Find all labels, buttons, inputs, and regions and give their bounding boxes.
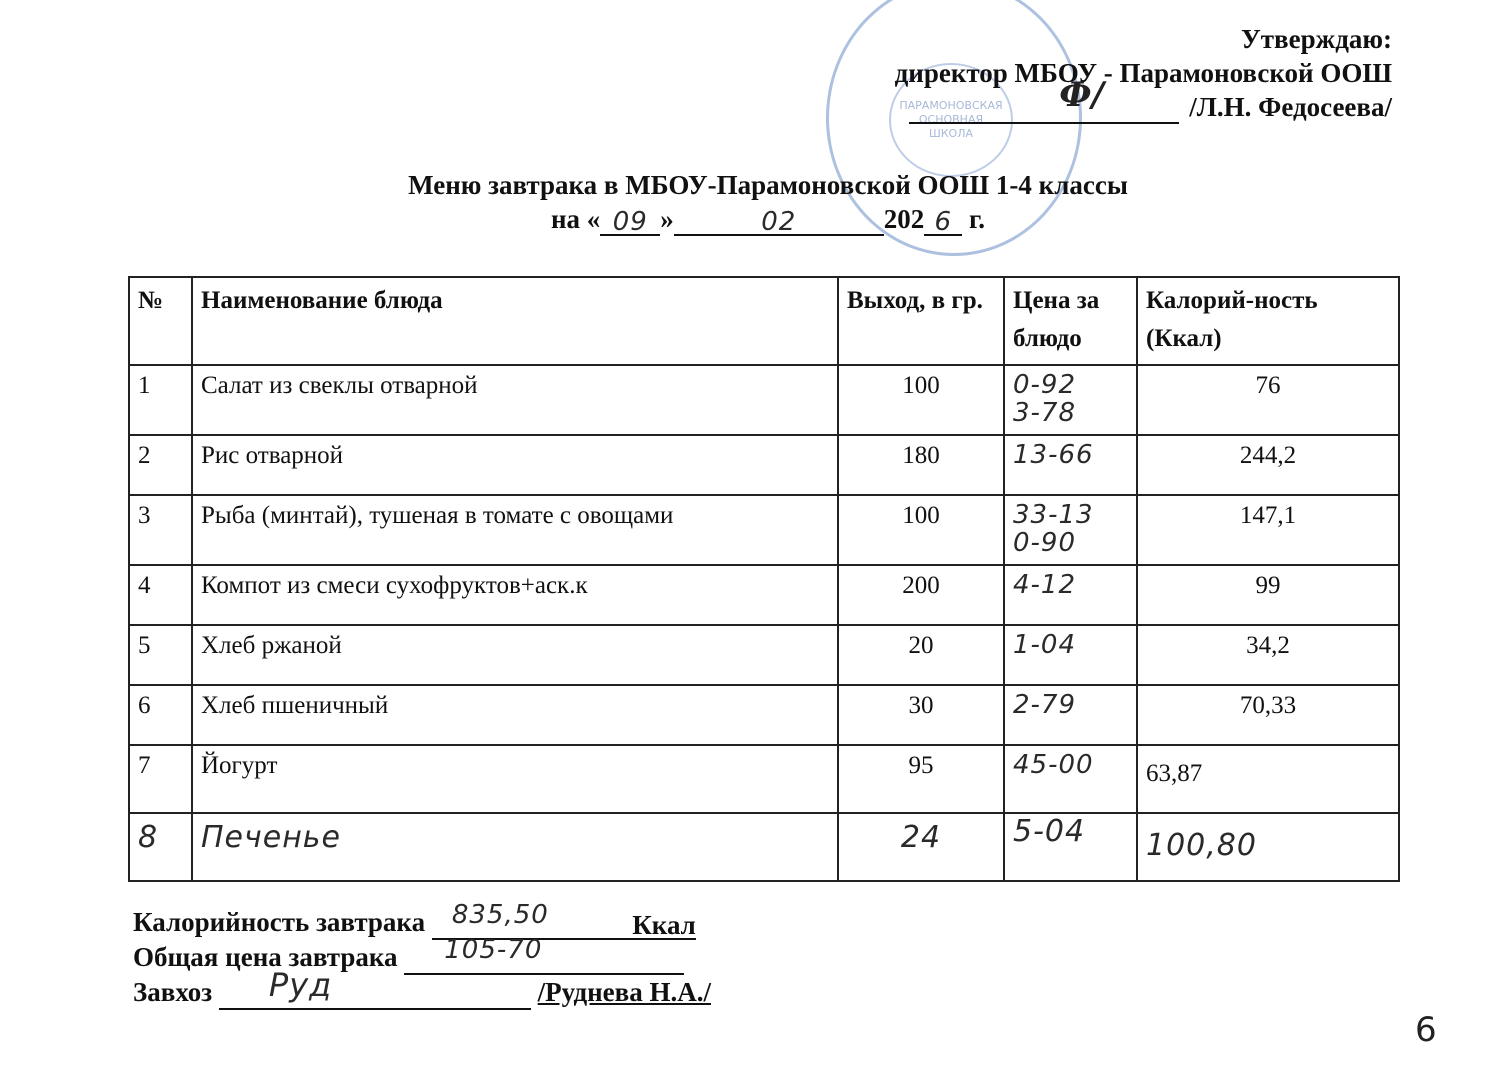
menu-table: № Наименование блюда Выход, в гр. Цена з… (128, 276, 1400, 882)
dish-name: Йогурт (201, 752, 277, 779)
date-day-field: 09 (600, 204, 660, 236)
dish-name-cell: Рис отварной (192, 435, 838, 495)
table-row: 5Хлеб ржаной201-0434,2 (129, 625, 1399, 685)
date-mid: » (660, 204, 674, 234)
dish-calories-cell: 34,2 (1137, 625, 1399, 685)
dish-price-cell: 2-79 (1004, 685, 1137, 745)
director-name: /Л.Н. Федосеева/ (1189, 90, 1392, 124)
approval-signature-row: Ф/ /Л.Н. Федосеева/ (895, 90, 1392, 124)
table-row: 7Йогурт9545-0063,87 (129, 745, 1399, 813)
dish-output: 100 (902, 502, 940, 529)
dish-calories: 34,2 (1246, 632, 1290, 659)
dish-output-cell: 100 (838, 365, 1004, 435)
footer-price-row: Общая цена завтрака 105-70 (133, 940, 711, 975)
calories-unit: Ккал (610, 908, 696, 940)
dish-name-cell: Салат из свеклы отварной (192, 365, 838, 435)
row-number-cell: 4 (129, 565, 192, 625)
dish-calories: 99 (1256, 572, 1281, 599)
date-year-prefix: 202 (884, 204, 925, 234)
date-year-end: г. (969, 204, 985, 234)
director-signature-line: Ф/ (909, 92, 1179, 124)
page-number: 6 (1415, 1010, 1437, 1050)
date-month: 02 (761, 207, 796, 237)
dish-name: Салат из свеклы отварной (201, 372, 478, 399)
document-date: на «09»022026 г. (0, 202, 1500, 236)
table-row: 2Рис отварной18013-66244,2 (129, 435, 1399, 495)
row-number-cell: 2 (129, 435, 192, 495)
dish-name: Хлеб ржаной (201, 632, 342, 659)
dish-output: 180 (902, 442, 940, 469)
dish-calories: 100,80 (1146, 828, 1257, 863)
price-total-label: Общая цена завтрака (133, 942, 398, 972)
dish-price-cell: 5-04 (1004, 813, 1137, 881)
footer-block: Калорийность завтрака 835,50Ккал Общая ц… (133, 905, 711, 1010)
stamp-line: ШКОЛА (929, 127, 973, 141)
approval-heading: Утверждаю: (895, 22, 1392, 56)
dish-calories: 63,87 (1146, 760, 1202, 787)
row-number-cell: 8 (129, 813, 192, 881)
dish-calories-cell: 99 (1137, 565, 1399, 625)
row-number: 1 (138, 372, 151, 399)
dish-output: 100 (902, 372, 940, 399)
dish-name-cell: Йогурт (192, 745, 838, 813)
dish-price: 13-66 (1013, 440, 1094, 470)
dish-calories-cell: 63,87 (1137, 745, 1399, 813)
dish-calories: 76 (1256, 372, 1281, 399)
dish-output-cell: 20 (838, 625, 1004, 685)
row-number: 7 (138, 752, 151, 779)
row-number: 5 (138, 632, 151, 659)
header-name: Наименование блюда (192, 277, 838, 365)
row-number: 6 (138, 692, 151, 719)
row-number-cell: 1 (129, 365, 192, 435)
date-month-field: 02 (674, 204, 884, 236)
dish-price: 33-13 0-90 (1013, 500, 1094, 558)
dish-output: 30 (909, 692, 934, 719)
dish-output: 20 (909, 632, 934, 659)
date-prefix: на « (551, 204, 600, 234)
price-total-value: 105-70 (444, 933, 542, 968)
dish-output: 95 (909, 752, 934, 779)
director-signature: Ф/ (1059, 78, 1104, 112)
row-number: 2 (138, 442, 151, 469)
dish-name: Рис отварной (201, 442, 343, 469)
dish-name-cell: Печенье (192, 813, 838, 881)
approval-block: Утверждаю: директор МБОУ - Парамоновской… (895, 22, 1392, 124)
dish-output-cell: 180 (838, 435, 1004, 495)
dish-price-cell: 4-12 (1004, 565, 1137, 625)
manager-signature-field: Руд (219, 978, 531, 1010)
dish-output: 24 (901, 820, 941, 855)
table-row: 3Рыба (минтай), тушеная в томате с овоща… (129, 495, 1399, 565)
dish-calories-cell: 100,80 (1137, 813, 1399, 881)
footer-calories-row: Калорийность завтрака 835,50Ккал (133, 905, 711, 940)
dish-output-cell: 200 (838, 565, 1004, 625)
row-number: 8 (138, 820, 158, 855)
table-row: 1Салат из свеклы отварной1000-92 3-7876 (129, 365, 1399, 435)
row-number: 3 (138, 502, 151, 529)
row-number-cell: 7 (129, 745, 192, 813)
header-calories: Калорий-ность (Ккал) (1137, 277, 1399, 365)
dish-name-cell: Рыба (минтай), тушеная в томате с овощам… (192, 495, 838, 565)
dish-calories-cell: 244,2 (1137, 435, 1399, 495)
dish-output-cell: 95 (838, 745, 1004, 813)
table-header-row: № Наименование блюда Выход, в гр. Цена з… (129, 277, 1399, 365)
dish-calories: 244,2 (1240, 442, 1296, 469)
table-row: 8Печенье245-04100,80 (129, 813, 1399, 881)
date-year-suffix: 6 (935, 207, 953, 237)
dish-name: Рыба (минтай), тушеная в томате с овощам… (201, 502, 673, 529)
dish-calories-cell: 76 (1137, 365, 1399, 435)
dish-price-cell: 0-92 3-78 (1004, 365, 1137, 435)
calories-total-value: 835,50 (452, 898, 549, 933)
dish-name: Компот из смеси сухофруктов+аск.к (201, 572, 588, 599)
dish-price: 2-79 (1013, 690, 1076, 720)
dish-price-cell: 13-66 (1004, 435, 1137, 495)
calories-total-label: Калорийность завтрака (133, 907, 425, 937)
dish-name: Хлеб пшеничный (201, 692, 388, 719)
header-price: Цена за блюдо (1004, 277, 1137, 365)
dish-output-cell: 100 (838, 495, 1004, 565)
row-number: 4 (138, 572, 151, 599)
manager-label: Завхоз (133, 977, 212, 1007)
dish-calories-cell: 70,33 (1137, 685, 1399, 745)
manager-name: /Руднева Н.А./ (538, 977, 711, 1007)
table-row: 4Компот из смеси сухофруктов+аск.к2004-1… (129, 565, 1399, 625)
dish-output: 200 (902, 572, 940, 599)
dish-name-cell: Хлеб пшеничный (192, 685, 838, 745)
dish-output-cell: 30 (838, 685, 1004, 745)
dish-output-cell: 24 (838, 813, 1004, 881)
row-number-cell: 3 (129, 495, 192, 565)
dish-price: 0-92 3-78 (1013, 370, 1076, 428)
dish-name: Печенье (201, 820, 341, 855)
dish-calories-cell: 147,1 (1137, 495, 1399, 565)
dish-price: 5-04 (1013, 814, 1085, 849)
dish-price: 4-12 (1013, 570, 1076, 600)
approval-position: директор МБОУ - Парамоновской ООШ (895, 56, 1392, 90)
date-year-field: 6 (924, 204, 962, 236)
dish-price: 45-00 (1013, 750, 1094, 780)
document-title: Меню завтрака в МБОУ-Парамоновской ООШ 1… (0, 168, 1500, 202)
dish-price-cell: 1-04 (1004, 625, 1137, 685)
row-number-cell: 5 (129, 625, 192, 685)
manager-signature: Руд (269, 968, 332, 1003)
header-num: № (129, 277, 192, 365)
table-row: 6Хлеб пшеничный302-7970,33 (129, 685, 1399, 745)
dish-price-cell: 45-00 (1004, 745, 1137, 813)
table-body: 1Салат из свеклы отварной1000-92 3-78762… (129, 365, 1399, 881)
price-total-field: 105-70 (404, 943, 684, 975)
footer-manager-row: Завхоз Руд /Руднева Н.А./ (133, 975, 711, 1010)
header-output: Выход, в гр. (838, 277, 1004, 365)
dish-calories: 147,1 (1240, 502, 1296, 529)
dish-name-cell: Хлеб ржаной (192, 625, 838, 685)
dish-calories: 70,33 (1240, 692, 1296, 719)
date-day: 09 (613, 207, 648, 237)
dish-price-cell: 33-13 0-90 (1004, 495, 1137, 565)
dish-name-cell: Компот из смеси сухофруктов+аск.к (192, 565, 838, 625)
dish-price: 1-04 (1013, 630, 1076, 660)
row-number-cell: 6 (129, 685, 192, 745)
